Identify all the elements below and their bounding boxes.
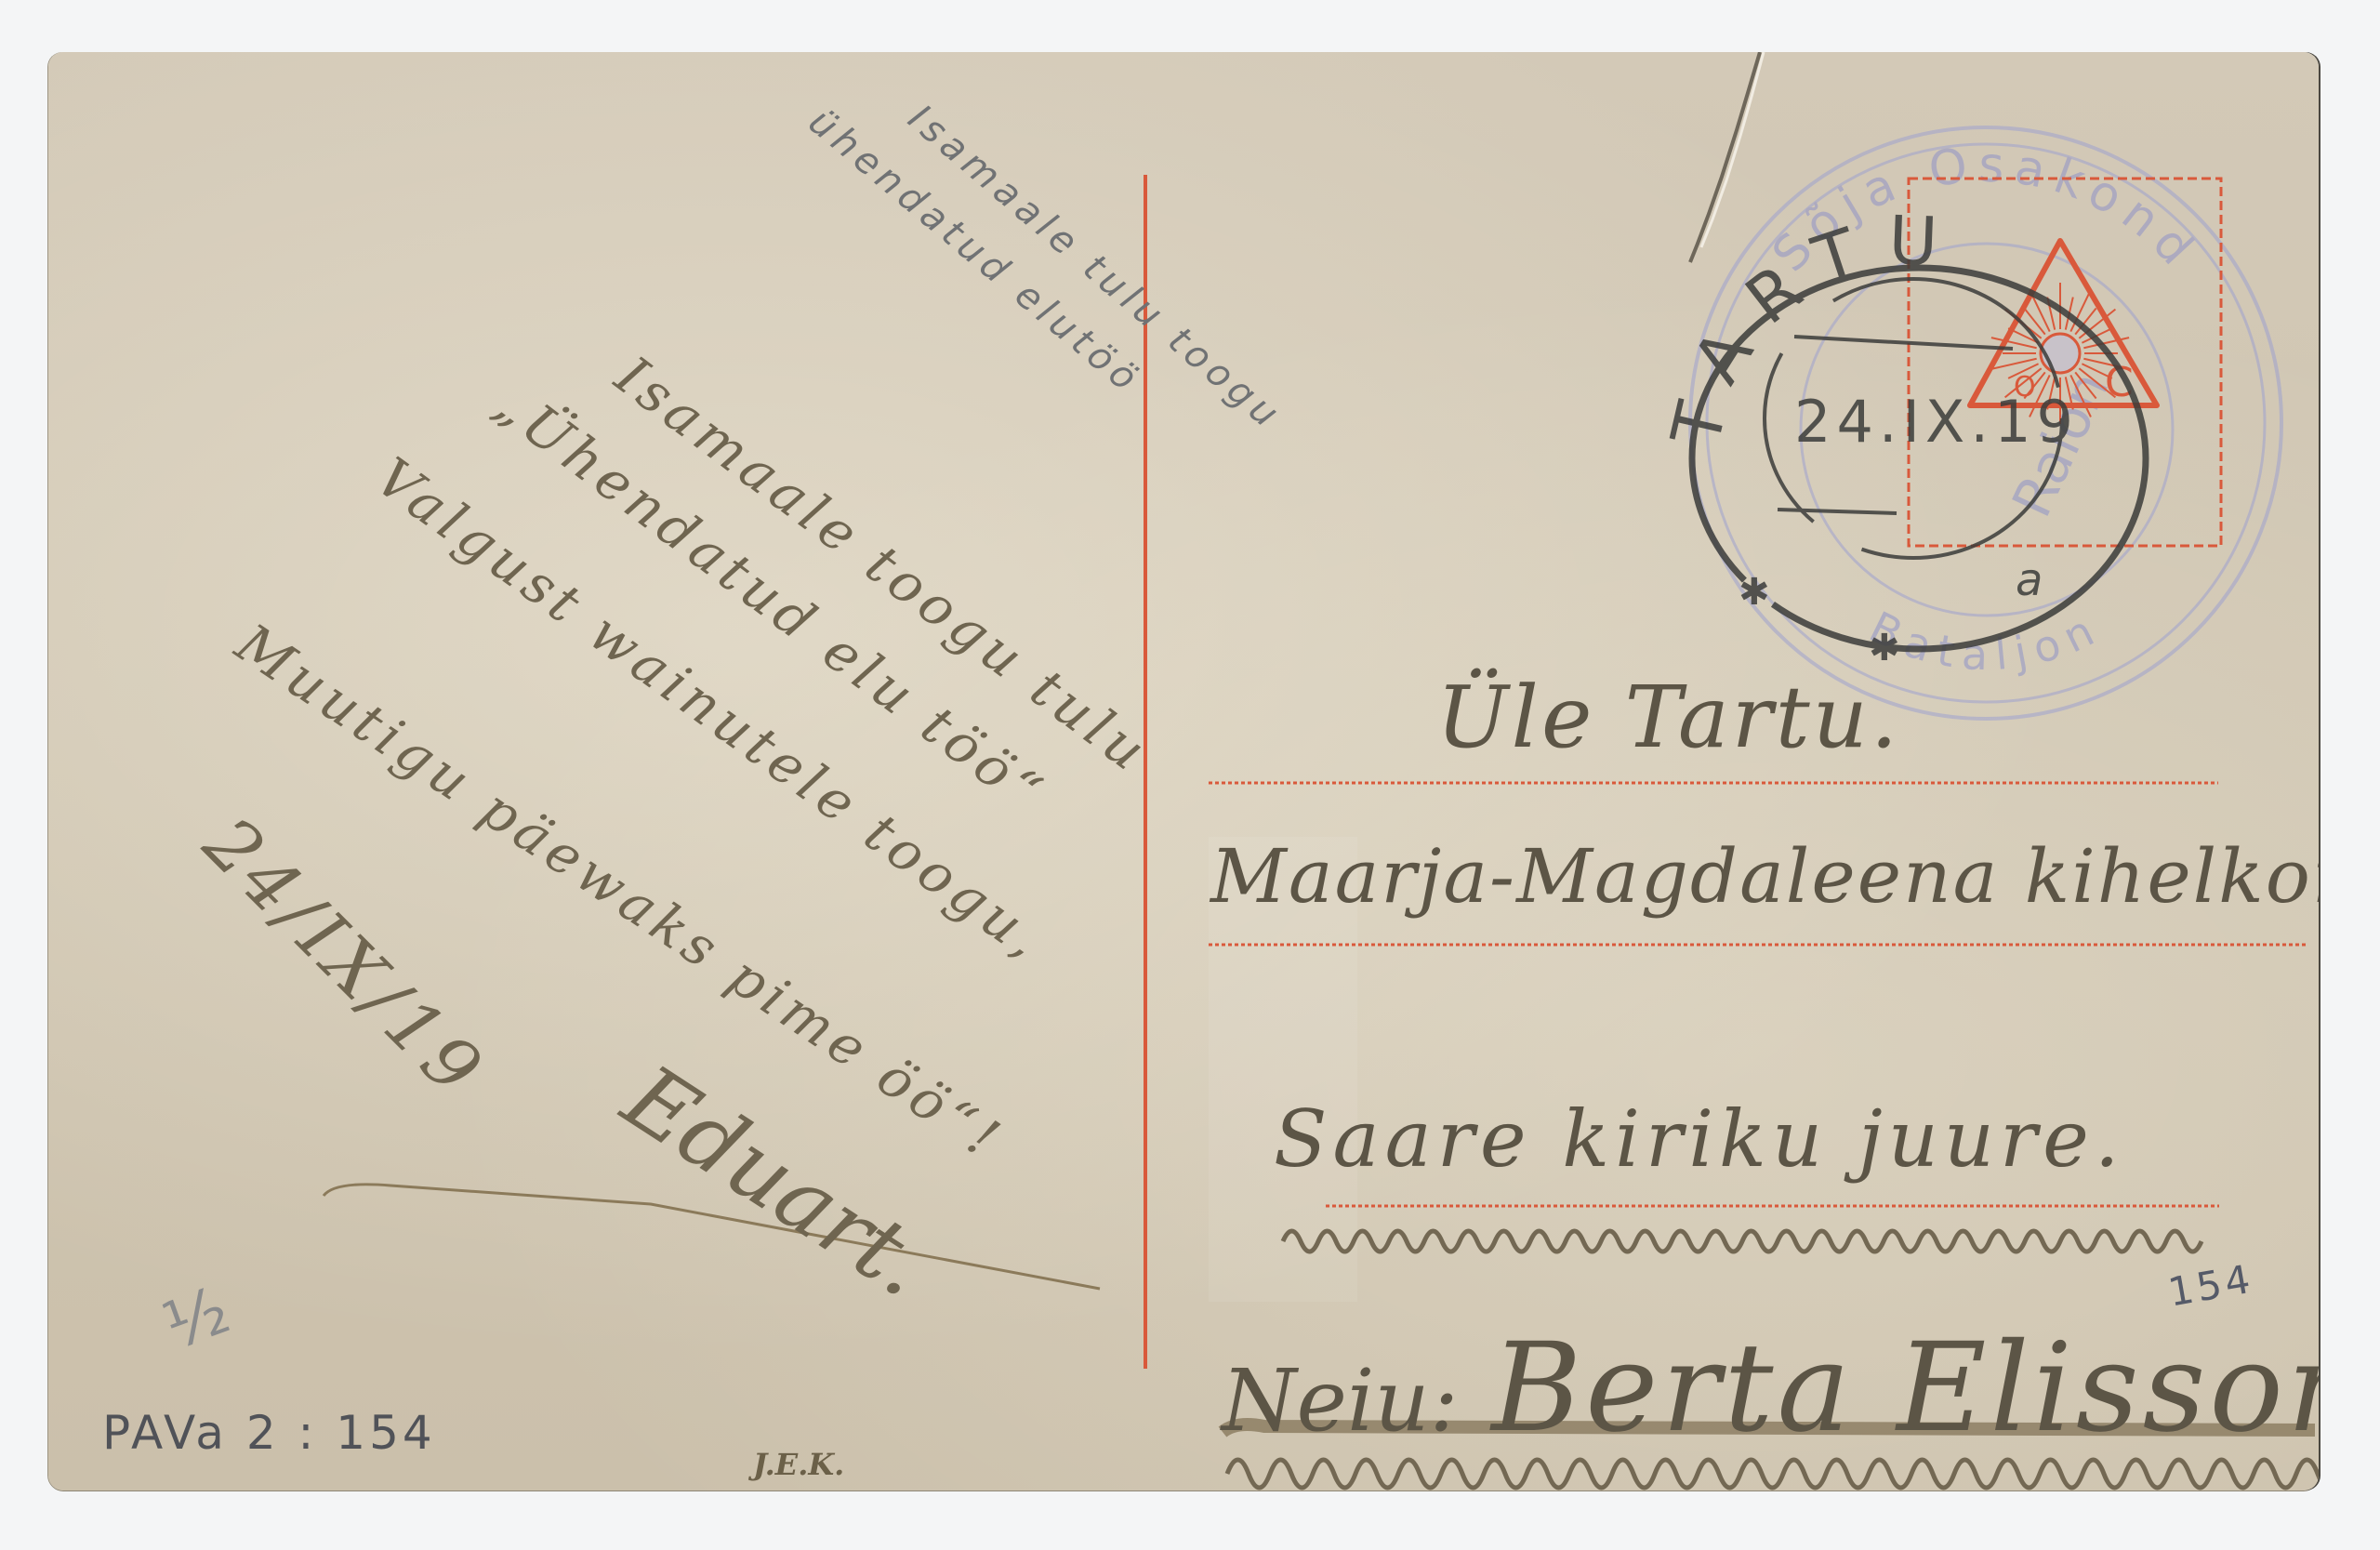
postmark: TARTU 24.IX.19 ✱ ✱ a — [1656, 201, 2146, 669]
address-line-1: Üle Tartu. — [1436, 668, 1900, 767]
postmark-star-bottom: ✱ — [1869, 627, 1900, 669]
address-line-2: Maarja-Magdaleena kihelkon. — [1210, 833, 2319, 920]
postmark-letter: a — [2016, 554, 2043, 606]
postcard: Sõja Osakond Bataljon Raion C O — [48, 52, 2319, 1490]
address-line-4: Neiu: Berta Elisson. — [1222, 1317, 2319, 1460]
postmark-star-left: ✱ — [1739, 571, 1770, 614]
publisher-mark: J.E.K. — [753, 1447, 844, 1482]
postmark-date: 24.IX.19 — [1794, 388, 2079, 456]
address-salutation: Neiu: — [1222, 1351, 1459, 1451]
address-recipient: Berta Elisson. — [1491, 1317, 2319, 1460]
archive-inventory-number: PAVa 2 : 154 — [102, 1406, 436, 1460]
address-line-3: Saare kiriku juure. — [1274, 1093, 2125, 1185]
paper-crack — [1690, 52, 1764, 262]
